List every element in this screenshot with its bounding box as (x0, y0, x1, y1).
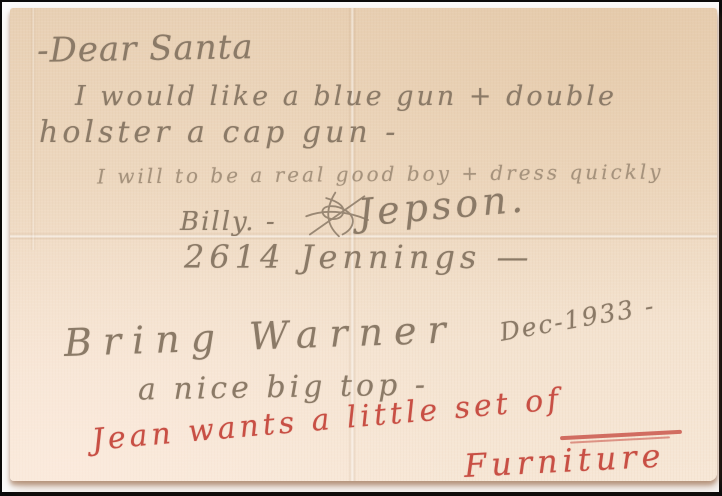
screenshot-frame: -Dear Santa I would like a blue gun + do… (0, 0, 722, 496)
address-line: 2614 Jennings — (184, 241, 534, 273)
salutation-line: -Dear Santa (37, 30, 254, 68)
letter-paper: -Dear Santa I would like a blue gun + do… (10, 8, 717, 481)
fold-crease-left (30, 8, 36, 250)
body-line-2: holster a cap gun - (39, 118, 399, 148)
signature-first-name: Billy. - (180, 209, 277, 235)
postscript-line-1: Bring Warner (63, 310, 457, 362)
body-line-1: I would like a blue gun + double (75, 83, 617, 110)
scan-mat: -Dear Santa I would like a blue gun + do… (2, 2, 719, 492)
body-line-3: I will to be a real good boy + dress qui… (97, 162, 664, 187)
signature-last-name: Jepson. (356, 179, 528, 232)
date-line: Dec-1933 - (498, 293, 657, 345)
red-note-line-2: Furniture (463, 439, 666, 482)
